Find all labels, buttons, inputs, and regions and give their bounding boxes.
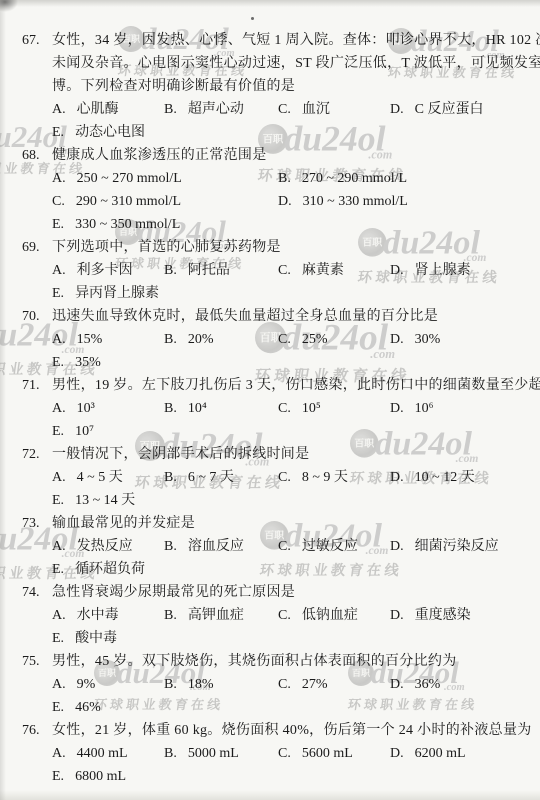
option-letter: D. (390, 742, 404, 765)
option-E: E.6800 mL (52, 765, 126, 788)
option-text: 细菌污染反应 (415, 539, 499, 554)
question-74: 74. 急性肾衰竭少尿期最常见的死亡原因是 A.水中毒 B.高钾血症 C.低钠血… (0, 581, 540, 650)
options-row: E.循环超负荷 (52, 558, 540, 581)
option-text: 6200 mL (415, 746, 466, 761)
option-C: C.麻黄素 (278, 259, 344, 282)
option-letter: C. (278, 742, 291, 765)
option-text: 13 ~ 14 天 (75, 493, 135, 508)
option-text: 35% (75, 355, 101, 370)
option-B: B.6 ~ 7 天 (164, 466, 234, 489)
option-D: D.C 反应蛋白 (390, 98, 483, 121)
question-68: 68. 健康成人血浆渗透压的正常范围是 A.250 ~ 270 mmol/L B… (0, 144, 540, 236)
options-row: E.酸中毒 (52, 627, 540, 650)
option-text: 超声心动 (188, 102, 244, 117)
option-text: 利多卡因 (77, 263, 133, 278)
option-letter: B. (164, 604, 177, 627)
option-E: E.10⁷ (52, 420, 94, 443)
option-text: 5600 mL (302, 746, 353, 761)
option-D: D.36% (390, 673, 440, 696)
option-text: 270 ~ 290 mmol/L (302, 171, 407, 186)
option-letter: D. (390, 397, 404, 420)
option-B: B.18% (164, 673, 214, 696)
option-letter: E. (52, 489, 64, 512)
options-row: E.13 ~ 14 天 (52, 489, 540, 512)
question-number: 70. (22, 305, 40, 328)
question-stem-line: 迅速失血导致休克时，最低失血量超过全身总血量的百分比是 (52, 305, 540, 328)
question-75: 75. 男性，45 岁。双下肢烧伤，其烧伤面积占体表面积的百分比约为 A.9% … (0, 650, 540, 719)
option-letter: D. (390, 328, 404, 351)
options-row: A.水中毒 B.高钾血症 C.低钠血症 D.重度感染 (52, 604, 540, 627)
option-D: D.肾上腺素 (390, 259, 471, 282)
option-D: D.细菌污染反应 (390, 535, 499, 558)
option-letter: C. (278, 328, 291, 351)
question-stem-line: 男性，19 岁。左下肢刀扎伤后 3 天，伤口感染，此时伤口中的细菌数量至少超过 (52, 374, 540, 397)
option-letter: A. (52, 604, 66, 627)
option-text: 循环超负荷 (75, 562, 145, 577)
option-text: 麻黄素 (302, 263, 344, 278)
option-B: B.20% (164, 328, 214, 351)
option-B: B.5000 mL (164, 742, 239, 765)
option-text: 高钾血症 (188, 608, 244, 623)
option-letter: A. (52, 98, 66, 121)
option-letter: C. (278, 466, 291, 489)
option-D: D.6200 mL (390, 742, 466, 765)
option-text: 发热反应 (77, 539, 133, 554)
question-number: 76. (22, 719, 40, 742)
options-row: A.15% B.20% C.25% D.30% (52, 328, 540, 351)
question-stem-line: 输血最常见的并发症是 (52, 512, 540, 535)
option-letter: A. (52, 673, 66, 696)
option-letter: E. (52, 696, 64, 719)
question-stem-line: 一般情况下，会阴部手术后的拆线时间是 (52, 443, 540, 466)
option-text: 10⁵ (302, 401, 321, 416)
option-B: B.高钾血症 (164, 604, 244, 627)
options-row: E.10⁷ (52, 420, 540, 443)
option-text: 4 ~ 5 天 (77, 470, 123, 485)
option-D: D.30% (390, 328, 440, 351)
option-text: 8 ~ 9 天 (302, 470, 348, 485)
option-D: D.10⁶ (390, 397, 434, 420)
option-text: 310 ~ 330 mmol/L (303, 194, 408, 209)
option-text: 酸中毒 (75, 631, 117, 646)
option-letter: E. (52, 627, 64, 650)
option-text: 18% (188, 677, 214, 692)
option-letter: A. (52, 397, 66, 420)
option-text: 25% (302, 332, 328, 347)
option-text: 10⁴ (188, 401, 207, 416)
option-text: 30% (415, 332, 441, 347)
option-letter: C. (278, 535, 291, 558)
option-E: E.循环超负荷 (52, 558, 145, 581)
question-stem-line: 女性，34 岁，因发热、心悸、气短 1 周入院。查体：叩诊心界不大，HR 102… (52, 29, 540, 52)
option-E: E.35% (52, 351, 101, 374)
option-D: D.310 ~ 330 mmol/L (278, 190, 408, 213)
option-C: C.8 ~ 9 天 (278, 466, 348, 489)
question-number: 67. (22, 29, 40, 52)
option-letter: D. (278, 190, 292, 213)
option-letter: B. (164, 328, 177, 351)
option-text: 36% (415, 677, 441, 692)
options-row: C.290 ~ 310 mmol/L D.310 ~ 330 mmol/L (52, 190, 540, 213)
option-text: 心肌酶 (77, 102, 119, 117)
option-B: B.270 ~ 290 mmol/L (278, 167, 407, 190)
options-row: A.4400 mL B.5000 mL C.5600 mL D.6200 mL (52, 742, 540, 765)
option-text: 46% (75, 700, 101, 715)
option-text: 过敏反应 (302, 539, 358, 554)
question-71: 71. 男性，19 岁。左下肢刀扎伤后 3 天，伤口感染，此时伤口中的细菌数量至… (0, 374, 540, 443)
option-text: 27% (302, 677, 328, 692)
question-list: 67. 女性，34 岁，因发热、心悸、气短 1 周入院。查体：叩诊心界不大，HR… (0, 0, 540, 788)
option-letter: E. (52, 282, 64, 305)
option-letter: D. (390, 259, 404, 282)
options-row: E.330 ~ 350 mmol/L (52, 213, 540, 236)
option-letter: A. (52, 328, 66, 351)
option-text: 9% (77, 677, 96, 692)
option-A: A.9% (52, 673, 95, 696)
option-letter: C. (278, 259, 291, 282)
options-row: A.发热反应 B.溶血反应 C.过敏反应 D.细菌污染反应 (52, 535, 540, 558)
option-letter: B. (164, 742, 177, 765)
option-B: B.阿托品 (164, 259, 230, 282)
question-stem-line: 健康成人血浆渗透压的正常范围是 (52, 144, 540, 167)
option-letter: A. (52, 742, 66, 765)
scan-edge-shadow (0, 790, 540, 800)
option-letter: E. (52, 213, 64, 236)
option-text: 肾上腺素 (415, 263, 471, 278)
option-letter: E. (52, 420, 64, 443)
option-A: A.发热反应 (52, 535, 133, 558)
option-letter: C. (52, 190, 65, 213)
options-row: E.动态心电图 (52, 121, 540, 144)
options-row: A.9% B.18% C.27% D.36% (52, 673, 540, 696)
option-E: E.异丙肾上腺素 (52, 282, 159, 305)
question-number: 74. (22, 581, 40, 604)
option-text: 250 ~ 270 mmol/L (77, 171, 182, 186)
options-row: E.46% (52, 696, 540, 719)
option-B: B.超声心动 (164, 98, 244, 121)
question-number: 69. (22, 236, 40, 259)
option-text: 5000 mL (188, 746, 239, 761)
option-text: 4400 mL (77, 746, 128, 761)
option-letter: E. (52, 765, 64, 788)
question-69: 69. 下列选项中，首选的心肺复苏药物是 A.利多卡因 B.阿托品 C.麻黄素 … (0, 236, 540, 305)
question-number: 68. (22, 144, 40, 167)
option-text: 低钠血症 (302, 608, 358, 623)
option-letter: B. (164, 466, 177, 489)
option-letter: C. (278, 673, 291, 696)
scanned-exam-page: 百职du24ol .com 环球职业教育在线 百职du24ol .com 环球职… (0, 0, 540, 800)
option-letter: D. (390, 535, 404, 558)
question-number: 72. (22, 443, 40, 466)
question-stem-line: 未闻及杂音。心电图示窦性心动过速，ST 段广泛压低，T 波低平，可见频发室性早 (52, 52, 540, 75)
question-stem-line: 下列选项中，首选的心肺复苏药物是 (52, 236, 540, 259)
option-text: 溶血反应 (188, 539, 244, 554)
option-text: 290 ~ 310 mmol/L (76, 194, 181, 209)
option-C: C.过敏反应 (278, 535, 358, 558)
option-E: E.动态心电图 (52, 121, 145, 144)
option-text: 10³ (77, 401, 95, 416)
options-row: A.利多卡因 B.阿托品 C.麻黄素 D.肾上腺素 (52, 259, 540, 282)
option-A: A.15% (52, 328, 102, 351)
option-text: C 反应蛋白 (415, 102, 484, 117)
option-letter: E. (52, 351, 64, 374)
options-row: E.6800 mL (52, 765, 540, 788)
options-row: E.异丙肾上腺素 (52, 282, 540, 305)
option-letter: D. (390, 98, 404, 121)
option-text: 10⁶ (415, 401, 434, 416)
option-C: C.10⁵ (278, 397, 321, 420)
option-letter: A. (52, 466, 66, 489)
option-C: C.25% (278, 328, 328, 351)
option-A: A.4400 mL (52, 742, 128, 765)
option-E: E.13 ~ 14 天 (52, 489, 135, 512)
option-letter: B. (164, 673, 177, 696)
option-letter: D. (390, 466, 404, 489)
option-letter: D. (390, 673, 404, 696)
question-70: 70. 迅速失血导致休克时，最低失血量超过全身总血量的百分比是 A.15% B.… (0, 305, 540, 374)
question-stem-line: 女性，21 岁，体重 60 kg。烧伤面积 40%，伤后第一个 24 小时的补液… (52, 719, 540, 742)
question-73: 73. 输血最常见的并发症是 A.发热反应 B.溶血反应 C.过敏反应 D.细菌… (0, 512, 540, 581)
option-letter: B. (164, 397, 177, 420)
question-stem-line: 男性，45 岁。双下肢烧伤，其烧伤面积占体表面积的百分比约为 (52, 650, 540, 673)
option-E: E.酸中毒 (52, 627, 117, 650)
option-A: A.利多卡因 (52, 259, 133, 282)
option-C: C.血沉 (278, 98, 330, 121)
option-B: B.10⁴ (164, 397, 207, 420)
option-text: 10⁷ (75, 424, 94, 439)
question-67: 67. 女性，34 岁，因发热、心悸、气短 1 周入院。查体：叩诊心界不大，HR… (0, 29, 540, 144)
options-row: A.心肌酶 B.超声心动 C.血沉 D.C 反应蛋白 (52, 98, 540, 121)
option-E: E.46% (52, 696, 101, 719)
option-letter: B. (164, 98, 177, 121)
question-number: 71. (22, 374, 40, 397)
option-C: C.290 ~ 310 mmol/L (52, 190, 181, 213)
option-letter: B. (164, 535, 177, 558)
option-letter: C. (278, 98, 291, 121)
option-C: C.27% (278, 673, 328, 696)
option-letter: D. (390, 604, 404, 627)
option-text: 阿托品 (188, 263, 230, 278)
question-number: 73. (22, 512, 40, 535)
option-text: 6 ~ 7 天 (188, 470, 234, 485)
option-A: A.心肌酶 (52, 98, 119, 121)
question-stem-line: 急性肾衰竭少尿期最常见的死亡原因是 (52, 581, 540, 604)
option-text: 330 ~ 350 mmol/L (75, 217, 180, 232)
options-row: A.250 ~ 270 mmol/L B.270 ~ 290 mmol/L (52, 167, 540, 190)
option-text: 10 ~ 12 天 (415, 470, 475, 485)
option-letter: C. (278, 397, 291, 420)
option-text: 异丙肾上腺素 (75, 286, 159, 301)
option-B: B.溶血反应 (164, 535, 244, 558)
option-E: E.330 ~ 350 mmol/L (52, 213, 180, 236)
option-text: 水中毒 (77, 608, 119, 623)
option-letter: A. (52, 259, 66, 282)
option-A: A.250 ~ 270 mmol/L (52, 167, 182, 190)
option-text: 20% (188, 332, 214, 347)
option-D: D.重度感染 (390, 604, 471, 627)
option-text: 重度感染 (415, 608, 471, 623)
options-row: A.4 ~ 5 天 B.6 ~ 7 天 C.8 ~ 9 天 D.10 ~ 12 … (52, 466, 540, 489)
scan-corner-shadow (0, 0, 18, 12)
question-72: 72. 一般情况下，会阴部手术后的拆线时间是 A.4 ~ 5 天 B.6 ~ 7… (0, 443, 540, 512)
option-letter: B. (164, 259, 177, 282)
option-letter: E. (52, 558, 64, 581)
question-76: 76. 女性，21 岁，体重 60 kg。烧伤面积 40%，伤后第一个 24 小… (0, 719, 540, 788)
option-C: C.5600 mL (278, 742, 353, 765)
option-A: A.4 ~ 5 天 (52, 466, 123, 489)
option-letter: A. (52, 535, 66, 558)
option-text: 6800 mL (75, 769, 126, 784)
scan-speck (251, 17, 254, 20)
option-text: 15% (77, 332, 103, 347)
option-text: 血沉 (302, 102, 330, 117)
option-text: 动态心电图 (75, 125, 145, 140)
option-letter: B. (278, 167, 291, 190)
question-number: 75. (22, 650, 40, 673)
option-C: C.低钠血症 (278, 604, 358, 627)
option-A: A.10³ (52, 397, 95, 420)
option-letter: E. (52, 121, 64, 144)
option-D: D.10 ~ 12 天 (390, 466, 475, 489)
options-row: E.35% (52, 351, 540, 374)
options-row: A.10³ B.10⁴ C.10⁵ D.10⁶ (52, 397, 540, 420)
option-letter: C. (278, 604, 291, 627)
option-A: A.水中毒 (52, 604, 119, 627)
option-letter: A. (52, 167, 66, 190)
question-stem-line: 博。下列检查对明确诊断最有价值的是 (52, 75, 540, 98)
